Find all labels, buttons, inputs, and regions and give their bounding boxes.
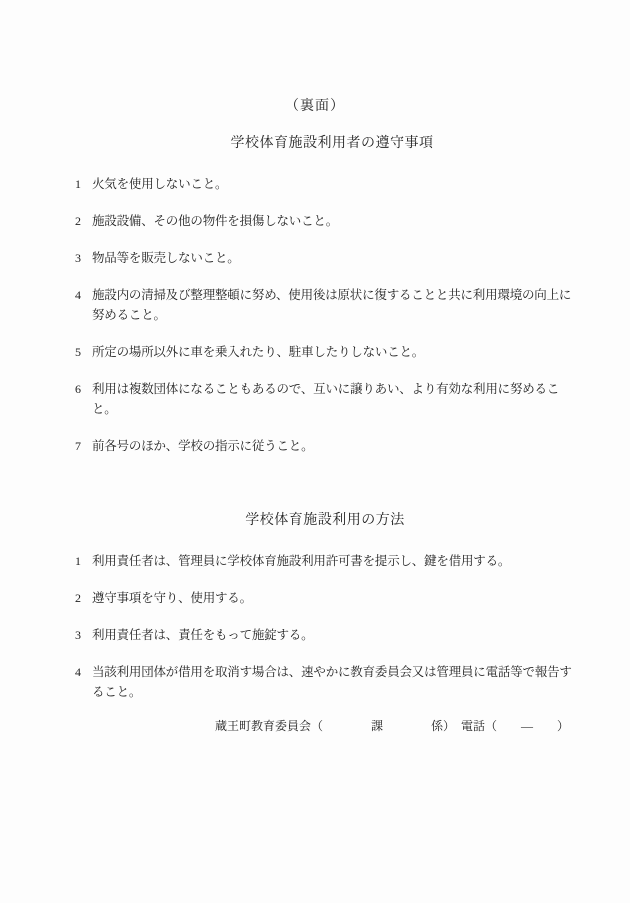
item-text: 当該利用団体が借用を取消す場合は、速やかに教育委員会又は管理員に電話等で報告す … <box>92 662 572 702</box>
item-text: 遵守事項を守り、使用する。 <box>92 588 252 608</box>
item-number: 5 <box>75 342 92 362</box>
item-text: 施設内の清掃及び整理整頓に努め、使用後は原状に復することと共に利用環境の向上に … <box>92 285 571 325</box>
item-number: 4 <box>75 285 92 325</box>
rule-item-1: 1 火気を使用しないこと。 <box>75 174 580 194</box>
section1-title: 学校体育施設利用者の遵守事項 <box>0 135 630 153</box>
document-page: （裏面） 学校体育施設利用者の遵守事項 1 火気を使用しないこと。 2 施設設備… <box>0 0 630 903</box>
rule-item-5: 5 所定の場所以外に車を乗入れたり、駐車したりしないこと。 <box>75 342 580 362</box>
item-number: 7 <box>75 436 92 456</box>
method-item-1: 1 利用責任者は、管理員に学校体育施設利用許可書を提示し、鍵を借用する。 <box>75 551 580 571</box>
item-number: 4 <box>75 662 92 702</box>
item-text: 利用責任者は、管理員に学校体育施設利用許可書を提示し、鍵を借用する。 <box>92 551 510 571</box>
back-side-label: （裏面） <box>0 95 630 115</box>
item-text: 利用責任者は、責任をもって施錠する。 <box>92 625 313 645</box>
item-number: 1 <box>75 551 92 571</box>
item-text: 所定の場所以外に車を乗入れたり、駐車したりしないこと。 <box>92 342 424 362</box>
rule-item-3: 3 物品等を販売しないこと。 <box>75 248 580 268</box>
item-number: 1 <box>75 174 92 194</box>
item-number: 3 <box>75 625 92 645</box>
methods-list: 1 利用責任者は、管理員に学校体育施設利用許可書を提示し、鍵を借用する。 2 遵… <box>75 551 580 702</box>
method-item-2: 2 遵守事項を守り、使用する。 <box>75 588 580 608</box>
footer-contact-line: 蔵王町教育委員会（ 課 係） 電話（ ― ） <box>215 717 630 734</box>
item-text: 火気を使用しないこと。 <box>92 174 227 194</box>
method-item-3: 3 利用責任者は、責任をもって施錠する。 <box>75 625 580 645</box>
method-item-4: 4 当該利用団体が借用を取消す場合は、速やかに教育委員会又は管理員に電話等で報告… <box>75 662 580 702</box>
section2-title: 学校体育施設利用の方法 <box>0 512 630 530</box>
rule-item-6: 6 利用は複数団体になることもあるので、互いに譲りあい、より有効な利用に努めるこ… <box>75 379 580 419</box>
rule-item-7: 7 前各号のほか、学校の指示に従うこと。 <box>75 436 580 456</box>
item-text: 施設設備、その他の物件を損傷しないこと。 <box>92 211 338 231</box>
item-number: 2 <box>75 211 92 231</box>
item-number: 3 <box>75 248 92 268</box>
item-text: 物品等を販売しないこと。 <box>92 248 240 268</box>
item-number: 2 <box>75 588 92 608</box>
rules-list: 1 火気を使用しないこと。 2 施設設備、その他の物件を損傷しないこと。 3 物… <box>75 174 580 456</box>
item-text: 利用は複数団体になることもあるので、互いに譲りあい、より有効な利用に努めること。 <box>92 379 580 419</box>
item-text: 前各号のほか、学校の指示に従うこと。 <box>92 436 313 456</box>
item-number: 6 <box>75 379 92 419</box>
rule-item-2: 2 施設設備、その他の物件を損傷しないこと。 <box>75 211 580 231</box>
rule-item-4: 4 施設内の清掃及び整理整頓に努め、使用後は原状に復することと共に利用環境の向上… <box>75 285 580 325</box>
